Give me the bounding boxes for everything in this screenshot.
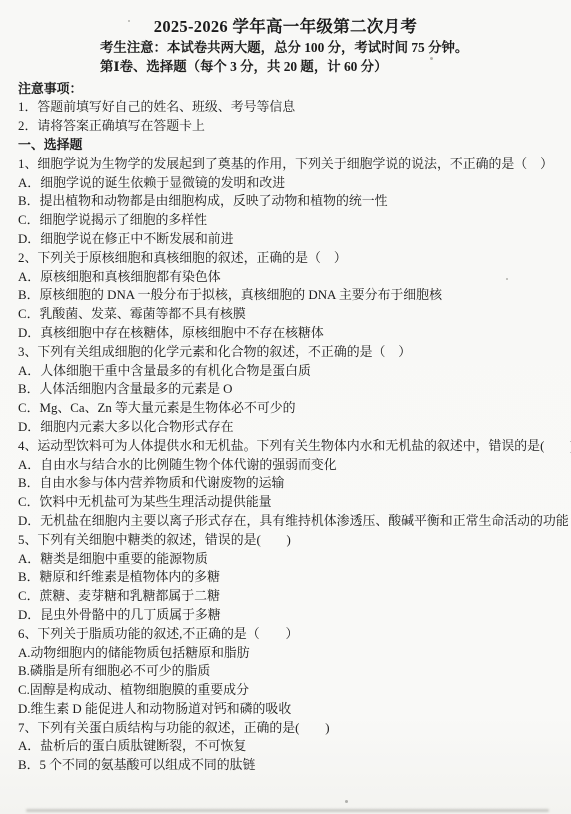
scan-speck	[345, 800, 348, 803]
question-5: 5、下列有关细胞中糖类的叙述，错误的是( )A．糖类是细胞中重要的能源物质B．糖…	[18, 531, 571, 625]
question-7-option-A: A．盐析后的蛋白质肽键断裂，不可恢复	[18, 737, 571, 756]
note-item-1: 1．答题前填写好自己的姓名、班级、考号等信息	[18, 98, 571, 117]
candidate-notice-line: 考生注意：本试卷共两大题，总分 100 分，考试时间 75 分钟。	[100, 39, 571, 58]
question-1-option-A: A．细胞学说的诞生依赖于显微镜的发明和改进	[18, 174, 571, 193]
question-4-stem: 4、运动型饮料可为人体提供水和无机盐。下列有关生物体内水和无机盐的叙述中，错误的…	[18, 437, 571, 456]
question-list: 1、细胞学说为生物学的发展起到了奠基的作用，下列关于细胞学说的说法，不正确的是（…	[18, 155, 571, 775]
question-2-option-A: A．原核细胞和真核细胞都有染色体	[18, 268, 571, 287]
question-6-option-B: B.磷脂是所有细胞必不可少的脂质	[18, 662, 571, 681]
question-6-option-A: A.动物细胞内的储能物质包括糖原和脂肪	[18, 644, 571, 663]
exam-title: 2025-2026 学年高一年级第二次月考	[0, 15, 571, 39]
question-1-option-D: D．细胞学说在修正中不断发展和前进	[18, 230, 571, 249]
question-1-option-C: C．细胞学说揭示了细胞的多样性	[18, 211, 571, 230]
exam-header: 2025-2026 学年高一年级第二次月考 考生注意：本试卷共两大题，总分 10…	[0, 0, 571, 77]
question-3-option-B: B．人体活细胞内含量最多的元素是 O	[18, 380, 571, 399]
question-6-option-D: D.维生素 D 能促进人和动物肠道对钙和磷的吸收	[18, 700, 571, 719]
question-4-option-B: B．自由水参与体内营养物质和代谢废物的运输	[18, 474, 571, 493]
question-4: 4、运动型饮料可为人体提供水和无机盐。下列有关生物体内水和无机盐的叙述中，错误的…	[18, 437, 571, 531]
question-7-option-B: B．5 个不同的氨基酸可以组成不同的肽链	[18, 756, 571, 775]
question-2-option-D: D．真核细胞中存在核糖体，原核细胞中不存在核糖体	[18, 324, 571, 343]
question-7-stem: 7、下列有关蛋白质结构与功能的叙述，正确的是( )	[18, 719, 571, 738]
question-3-stem: 3、下列有关组成细胞的化学元素和化合物的叙述，不正确的是（ ）	[18, 343, 571, 362]
question-2-option-B: B．原核细胞的 DNA 一般分布于拟核，真核细胞的 DNA 主要分布于细胞核	[18, 286, 571, 305]
question-2-stem: 2、下列关于原核细胞和真核细胞的叙述，正确的是（ ）	[18, 249, 571, 268]
part1-info-line: 第Ⅰ卷、选择题（每个 3 分，共 20 题，计 60 分）	[100, 58, 571, 77]
question-6-stem: 6、下列关于脂质功能的叙述,不正确的是（ ）	[18, 625, 571, 644]
question-1-stem: 1、细胞学说为生物学的发展起到了奠基的作用，下列关于细胞学说的说法，不正确的是（…	[18, 155, 571, 174]
notes-heading: 注意事项：	[18, 80, 571, 99]
question-4-option-D: D．无机盐在细胞内主要以离子形式存在，具有维持机体渗透压、酸碱平衡和正常生命活动…	[18, 512, 571, 531]
question-5-option-C: C．蔗糖、麦芽糖和乳糖都属于二糖	[18, 587, 571, 606]
question-3: 3、下列有关组成细胞的化学元素和化合物的叙述，不正确的是（ ）A．人体细胞干重中…	[18, 343, 571, 437]
section-heading: 一、选择题	[18, 136, 571, 155]
question-5-stem: 5、下列有关细胞中糖类的叙述，错误的是( )	[18, 531, 571, 550]
exam-notes: 注意事项： 1．答题前填写好自己的姓名、班级、考号等信息 2．请将答案正确填写在…	[18, 80, 571, 155]
question-5-option-D: D．昆虫外骨骼中的几丁质属于多糖	[18, 606, 571, 625]
question-2: 2、下列关于原核细胞和真核细胞的叙述，正确的是（ ）A．原核细胞和真核细胞都有染…	[18, 249, 571, 343]
note-item-2: 2．请将答案正确填写在答题卡上	[18, 117, 571, 136]
question-4-option-A: A．自由水与结合水的比例随生物个体代谢的强弱而变化	[18, 456, 571, 475]
scan-speck	[263, 19, 265, 21]
question-3-option-A: A．人体细胞干重中含量最多的有机化合物是蛋白质	[18, 362, 571, 381]
scan-speck	[128, 20, 130, 22]
question-3-option-C: C．Mg、Ca、Zn 等大量元素是生物体必不可少的	[18, 399, 571, 418]
question-7: 7、下列有关蛋白质结构与功能的叙述，正确的是( )A．盐析后的蛋白质肽键断裂，不…	[18, 719, 571, 775]
question-1-option-B: B．提出植物和动物都是由细胞构成，反映了动物和植物的统一性	[18, 192, 571, 211]
scan-edge-shadow	[26, 809, 549, 812]
exam-paper-page: 2025-2026 学年高一年级第二次月考 考生注意：本试卷共两大题，总分 10…	[0, 0, 571, 814]
question-6-option-C: C.固醇是构成动、植物细胞膜的重要成分	[18, 681, 571, 700]
question-2-option-C: C．乳酸菌、发菜、霉菌等都不具有核膜	[18, 305, 571, 324]
question-5-option-A: A．糖类是细胞中重要的能源物质	[18, 550, 571, 569]
question-3-option-D: D．细胞内元素大多以化合物形式存在	[18, 418, 571, 437]
question-4-option-C: C．饮料中无机盐可为某些生理活动提供能量	[18, 493, 571, 512]
scan-speck	[430, 57, 433, 60]
question-1: 1、细胞学说为生物学的发展起到了奠基的作用，下列关于细胞学说的说法，不正确的是（…	[18, 155, 571, 249]
question-6: 6、下列关于脂质功能的叙述,不正确的是（ ）A.动物细胞内的储能物质包括糖原和脂…	[18, 625, 571, 719]
scan-speck	[506, 278, 508, 280]
question-5-option-B: B．糖原和纤维素是植物体内的多糖	[18, 568, 571, 587]
